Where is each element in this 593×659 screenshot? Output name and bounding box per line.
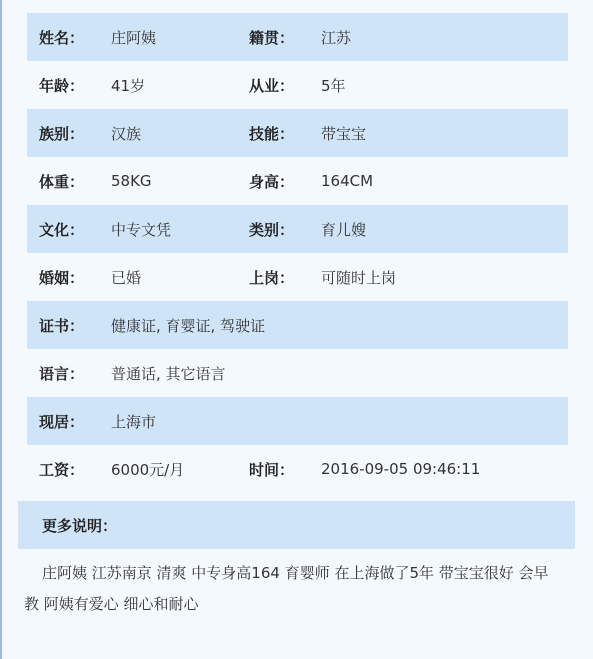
row-salary: 工资： 6000元/月 时间： 2016-09-05 09:46:11 — [27, 445, 568, 493]
value-salary: 6000元/月 — [111, 459, 249, 480]
value-weight: 58KG — [111, 172, 249, 190]
more-info-header: 更多说明： — [18, 501, 575, 549]
value-age: 41岁 — [111, 75, 249, 96]
label-certificates: 证书： — [27, 315, 111, 336]
more-info-text: 庄阿姨 江苏南京 清爽 中专身高164 育婴师 在上海做了5年 带宝宝很好 会早… — [24, 558, 554, 620]
row-weight: 体重： 58KG 身高： 164CM — [27, 157, 568, 205]
more-info-title: 更多说明： — [18, 515, 117, 536]
row-residence: 现居： 上海市 — [27, 397, 568, 445]
value-education: 中专文凭 — [111, 219, 249, 240]
row-age: 年龄： 41岁 从业： 5年 — [27, 61, 568, 109]
row-name: 姓名： 庄阿姨 籍贯： 江苏 — [27, 13, 568, 61]
value-certificates: 健康证, 育婴证, 驾驶证 — [111, 315, 568, 336]
row-language: 语言： 普通话, 其它语言 — [27, 349, 568, 397]
label-skill: 技能： — [249, 123, 321, 144]
label-availability: 上岗： — [249, 267, 321, 288]
value-name: 庄阿姨 — [111, 27, 249, 48]
value-ethnicity: 汉族 — [111, 123, 249, 144]
label-ethnicity: 族别： — [27, 123, 111, 144]
label-weight: 体重： — [27, 171, 111, 192]
row-education: 文化： 中专文凭 类别： 育儿嫂 — [27, 205, 568, 253]
value-time: 2016-09-05 09:46:11 — [321, 460, 568, 478]
label-language: 语言： — [27, 363, 111, 384]
row-marriage: 婚姻： 已婚 上岗： 可随时上岗 — [27, 253, 568, 301]
value-language: 普通话, 其它语言 — [111, 363, 568, 384]
label-time: 时间： — [249, 459, 321, 480]
label-name: 姓名： — [27, 27, 111, 48]
label-experience: 从业： — [249, 75, 321, 96]
value-residence: 上海市 — [111, 411, 568, 432]
row-ethnicity: 族别： 汉族 技能： 带宝宝 — [27, 109, 568, 157]
value-height: 164CM — [321, 172, 568, 190]
value-skill: 带宝宝 — [321, 123, 568, 144]
label-education: 文化： — [27, 219, 111, 240]
label-category: 类别： — [249, 219, 321, 240]
value-category: 育儿嫂 — [321, 219, 568, 240]
value-experience: 5年 — [321, 75, 568, 96]
value-availability: 可随时上岗 — [321, 267, 568, 288]
row-certificates: 证书： 健康证, 育婴证, 驾驶证 — [27, 301, 568, 349]
value-marriage: 已婚 — [111, 267, 249, 288]
label-residence: 现居： — [27, 411, 111, 432]
label-origin: 籍贯： — [249, 27, 321, 48]
label-marriage: 婚姻： — [27, 267, 111, 288]
left-border — [0, 0, 2, 659]
value-origin: 江苏 — [321, 27, 568, 48]
profile-table: 姓名： 庄阿姨 籍贯： 江苏 年龄： 41岁 从业： 5年 族别： 汉族 技能：… — [27, 13, 568, 493]
label-age: 年龄： — [27, 75, 111, 96]
label-salary: 工资： — [27, 459, 111, 480]
label-height: 身高： — [249, 171, 321, 192]
